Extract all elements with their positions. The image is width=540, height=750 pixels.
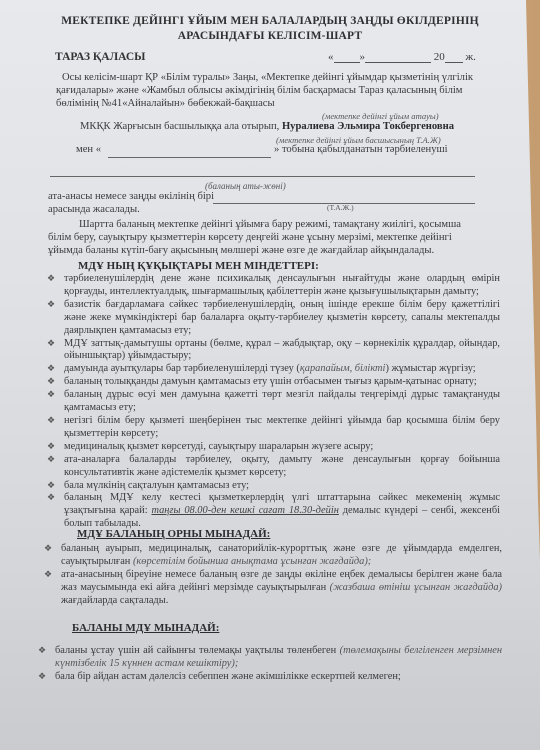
contract-page: МЕКТЕПКЕ ДЕЙІНГІ ҰЙЫМ МЕН БАЛАЛАРДЫҢ ЗАҢ… bbox=[0, 0, 540, 750]
terms-line3: ұйымда баланы күтіп-бағу ақысының мөлшер… bbox=[48, 245, 434, 258]
city-label: ТАРАЗ ҚАЛАСЫ bbox=[55, 51, 145, 63]
intro-line2: қағидалары» және «Жамбыл облысы әкімдігі… bbox=[56, 85, 463, 98]
bullet-icon: ❖ bbox=[47, 299, 55, 312]
date-year: 20 bbox=[434, 51, 445, 63]
bullet-icon: ❖ bbox=[47, 441, 55, 454]
me-prefix: мен « bbox=[76, 144, 101, 157]
section-rights-list: ❖тәрбиеленушілердің дене және психикалық… bbox=[47, 273, 500, 531]
date-field: «» 20 ж. bbox=[328, 51, 476, 63]
list-item: ❖медициналық қызмет көрсетуді, сауықтыру… bbox=[47, 441, 500, 454]
group-name-blank[interactable] bbox=[108, 157, 271, 158]
date-month-blank bbox=[365, 51, 431, 63]
charter-line: МКҚК Жарғысын басшылыққа ала отырып, Нур… bbox=[80, 121, 454, 134]
section-rights-heading: МДҰ НЫҢ ҚҰҚЫҚТАРЫ МЕН МІНДЕТТЕРІ: bbox=[78, 260, 319, 272]
list-item: ❖негізгі білім беру қызметі шеңберінен т… bbox=[47, 415, 500, 441]
list-item: ❖баланы ұстау үшін ай сайынғы төлемақы у… bbox=[38, 645, 502, 671]
group-suffix: » тобына қабылданатын тәрбиеленуші bbox=[274, 144, 448, 157]
bullet-icon: ❖ bbox=[44, 569, 52, 582]
bullet-icon: ❖ bbox=[47, 454, 55, 467]
bullet-icon: ❖ bbox=[47, 363, 55, 376]
terms-line2: білім беру, сауықтыру қызметтерін көрсет… bbox=[48, 232, 452, 245]
list-item: ❖баланың МДҰ келу кестесі қызметкерлерді… bbox=[47, 492, 500, 531]
note-fio: (Т.А.Ж.) bbox=[327, 203, 354, 212]
concluded-text: арасында жасалады. bbox=[48, 204, 140, 217]
bullet-icon: ❖ bbox=[47, 389, 55, 402]
list-item: ❖баланың ауырып, медициналық, санаторийл… bbox=[44, 543, 502, 569]
bullet-icon: ❖ bbox=[38, 645, 46, 658]
child-name-blank[interactable] bbox=[50, 176, 475, 177]
list-item: ❖бала бір айдан астам дәлелсіз себеппен … bbox=[38, 671, 502, 684]
parent-text: ата-анасы немесе заңды өкілінің бірі bbox=[48, 191, 214, 204]
section-exclusion-list: ❖баланы ұстау үшін ай сайынғы төлемақы у… bbox=[38, 645, 502, 684]
intro-line1: Осы келісім-шарт ҚР «Білім туралы» Заңы,… bbox=[62, 72, 473, 85]
intro-line3: бөлімінің №41«Айналайын» бөбекжай-бақшас… bbox=[56, 98, 275, 111]
bullet-icon: ❖ bbox=[47, 492, 55, 505]
note-child-name: (баланың аты-жөні) bbox=[205, 181, 286, 191]
director-name: Нуралиева Эльмира Токбергеновна bbox=[282, 121, 454, 132]
section-place-list: ❖баланың ауырып, медициналық, санаторийл… bbox=[44, 543, 502, 608]
bullet-icon: ❖ bbox=[44, 543, 52, 556]
list-item: ❖дамуында ауытқулары бар тәрбиеленушілер… bbox=[47, 363, 500, 376]
bullet-icon: ❖ bbox=[47, 338, 55, 351]
terms-line1: Шартта баланың мектепке дейінгі ұйымға б… bbox=[79, 219, 461, 232]
bullet-icon: ❖ bbox=[38, 671, 46, 684]
date-day-blank bbox=[334, 51, 360, 63]
bullet-icon: ❖ bbox=[47, 273, 55, 286]
list-item: ❖МДҰ заттық-дамытушы ортаны (бөлме, құра… bbox=[47, 338, 500, 364]
note-org-name: (мектепке дейінгі ұйым атауы) bbox=[322, 111, 439, 121]
list-item: ❖ата-анасының біреуіне немесе баланың өз… bbox=[44, 569, 502, 608]
list-item: ❖бала мүлкінің сақталуын қамтамасыз ету; bbox=[47, 480, 500, 493]
document-title-line1: МЕКТЕПКЕ ДЕЙІНГІ ҰЙЫМ МЕН БАЛАЛАРДЫҢ ЗАҢ… bbox=[0, 15, 540, 27]
bullet-icon: ❖ bbox=[47, 415, 55, 428]
document-title-line2: АРАСЫНДАҒЫ КЕЛІСІМ-ШАРТ bbox=[0, 30, 540, 42]
charter-text: МКҚК Жарғысын басшылыққа ала отырып, bbox=[80, 121, 282, 132]
list-item: ❖ата-аналарға балаларды тәрбиелеу, оқыту… bbox=[47, 454, 500, 480]
list-item: ❖баланың толыққанды дамуын қамтамасыз ет… bbox=[47, 376, 500, 389]
list-item: ❖тәрбиеленушілердің дене және психикалық… bbox=[47, 273, 500, 299]
section-place-heading: МДҰ БАЛАНЫҢ ОРНЫ МЫНАДАЙ: bbox=[77, 528, 270, 540]
date-suffix: ж. bbox=[466, 51, 476, 63]
list-item: ❖баланың дұрыс өсуі мен дамуына қажетті … bbox=[47, 389, 500, 415]
date-year-blank bbox=[445, 51, 463, 63]
section-exclusion-heading: БАЛАНЫ МДҰ МЫНАДАЙ: bbox=[72, 622, 219, 634]
bullet-icon: ❖ bbox=[47, 376, 55, 389]
bullet-icon: ❖ bbox=[47, 480, 55, 493]
list-item: ❖базистік бағдарламаға сәйкес тәрбиелену… bbox=[47, 299, 500, 338]
